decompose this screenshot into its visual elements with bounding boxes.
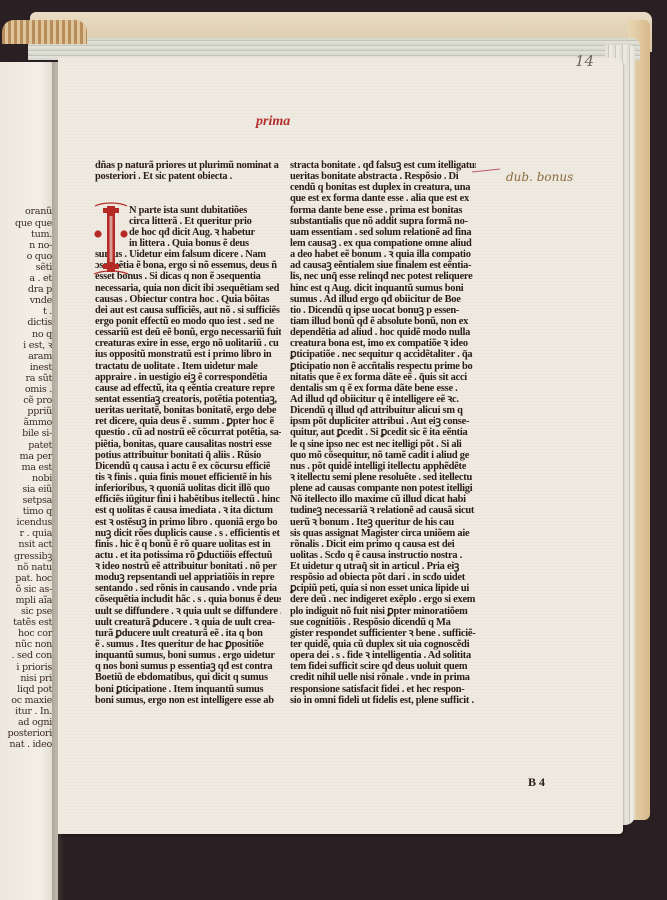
text-line: ergo ponit effectũ eo modo quo iest . se… (95, 316, 281, 327)
verso-text-line: ppriũ (27, 406, 52, 417)
text-line: dere deũ . nec indigeret exẽplo . ergo s… (290, 594, 476, 605)
verso-text-line: que que (15, 218, 52, 229)
text-line: Dicendũ q causa i actu ẽ ex cõcursu effi… (95, 461, 281, 472)
text-line: substantialis que nõ addit supra formã n… (290, 216, 476, 227)
text-line: ad causaꝫ eẽntialem siue finalem est eẽn… (290, 260, 476, 271)
text-line: responsione satisfacit fidei . et hec re… (290, 684, 476, 695)
text-line: piẽtia, bonitas, quare causalitas nostri… (95, 439, 281, 450)
text-line: appraire . in uestigio eiꝫ ẽ correspondẽ… (95, 372, 281, 383)
verso-text-line: ad ogni (18, 717, 52, 728)
verso-text-line: omis . (25, 384, 52, 395)
text-column-right: stracta bonitate . qđ falsuꝫ est cum ite… (290, 160, 476, 706)
verso-text-line: bile si- (22, 428, 52, 439)
verso-text-line: cẽ pro (23, 395, 52, 406)
verso-text-line: i prioris (16, 662, 52, 673)
text-line: tis ꝛ finis . quia finis mouet efficient… (95, 472, 281, 483)
text-line: Et uidetur q utraq̃ sit in articul . Pri… (290, 561, 476, 572)
text-line: stracta bonitate . qđ falsuꝫ est cum ite… (290, 160, 476, 171)
text-line: cõsequẽtia includit hãc . s . quia bonus… (95, 594, 281, 605)
verso-text-line: vnde (30, 295, 52, 306)
text-line: cessariũ est deũ eẽ bonũ, ergo necessari… (95, 327, 281, 338)
verso-text-line: ra sũt (25, 373, 52, 384)
text-line: moduꝫ repsentandi uel appriatiõis in rep… (95, 572, 281, 583)
text-line: rõnalis . Dicit eim primo q causa est de… (290, 539, 476, 550)
verso-text-line: oranũ (25, 206, 52, 217)
verso-text-line: ma per (20, 451, 52, 462)
verso-text-line: o quo (27, 251, 52, 262)
rubricated-initial-I (93, 200, 129, 280)
text-line: ꝛ ideo nostrũ eẽ attribuitur bonitati . … (95, 561, 281, 572)
headband (2, 20, 87, 44)
text-line: uolitas . Scđo q ẽ causa instructio nost… (290, 550, 476, 561)
verso-text-line: gressibꝫ (14, 551, 52, 562)
signature-mark: B 4 (528, 775, 545, 790)
text-line: posteriori . Et sic patent obiecta . (95, 171, 281, 182)
text-line: cendũ q bonitas est duplex in creatura, … (290, 182, 476, 193)
verso-page-fragment: oranũque quetum.n no-o quosẽtia . etdra … (0, 62, 58, 900)
verso-text-line: oc maxie (11, 695, 52, 706)
folio-number: 14 (575, 52, 594, 70)
verso-text-line: t . (43, 306, 52, 317)
text-line: uult creaturã ꝑducere . ꝛ quia de uult c… (95, 617, 281, 628)
verso-text-line: posteriori (8, 728, 52, 739)
verso-text-line: sẽti (36, 262, 52, 273)
verso-text-line: patet (28, 440, 52, 451)
text-column-left: dñas p naturã priores ut plurimũ nominat… (95, 160, 281, 706)
text-line: turã ꝑducere uult creaturã eẽ . ita q bo… (95, 628, 281, 639)
verso-text-line: ãmmo (24, 417, 53, 428)
text-line: tudineꝫ necessariã ꝛ relationẽ ad causã … (290, 505, 476, 516)
text-line: actu . et ita potissima rõ ꝑductiõis eff… (95, 550, 281, 561)
text-line: sio in omni fideli ut fidelis est, plene… (290, 695, 476, 706)
text-line: Nõ itellecto illo maxime cũ illud dicat … (290, 494, 476, 505)
text-line: creatura bona est, imo ex compatiõe ꝛ id… (290, 338, 476, 349)
text-line: cause ad effectũ, ita q eẽntia creature … (95, 383, 281, 394)
verso-text-line: a . et (29, 273, 52, 284)
verso-text-line: nõ natu (17, 562, 52, 573)
verso-text-line: n no- (29, 240, 52, 251)
text-line: ꝑticipatiõe . nec sequitur q accidẽtalit… (290, 349, 476, 360)
text-line: finis . hic ẽ q bonũ ẽ rõ quare uolitas … (95, 539, 281, 550)
text-line: nuꝫ dicit rões duplicis cause . s . effi… (95, 528, 281, 539)
text-line: le q sine ipso nec est nec itelligi põt … (290, 439, 476, 450)
text-line: opera dei . s . fide ꝛ intelligentia . A… (290, 650, 476, 661)
text-line: ueritas ueritatẽ, bonitas bonitatẽ, ergo… (95, 405, 281, 416)
verso-text-line: ma est (21, 462, 52, 473)
text-line: sentat essentiaꝫ creatoris, potẽtia pote… (95, 394, 281, 405)
verso-text-line: . sed con (11, 650, 52, 661)
text-line: nus . põt quidẽ intelligi itellectu apph… (290, 461, 476, 472)
recto-page: 14 prima dñas p naturã priores ut plurim… (58, 58, 623, 834)
text-line: dei aut est causa sufficiẽs, aut nõ . si… (95, 305, 281, 316)
text-line: causas . Obiectur contra hoc . Quia bõit… (95, 294, 281, 305)
text-line: uam essentiam . sed solum relationẽ ad f… (290, 227, 476, 238)
text-line: sumus . Ad illud ergo qđ obiicitur de Bo… (290, 294, 476, 305)
text-line: quo mõ cõsequitur, nõ tamẽ cadit i aliud… (290, 450, 476, 461)
text-line: sentando . sed rõnis in causando . vnde … (95, 583, 281, 594)
verso-text-line: setpsa (23, 495, 52, 506)
verso-text-line: dictis (27, 317, 52, 328)
marginal-annotation: dub. bonus (506, 170, 573, 184)
verso-text-line: liqd pot (17, 684, 52, 695)
verso-text-line: r . quia (20, 528, 52, 539)
text-line: lem causaꝫ . ex qua compatione omne aliu… (290, 238, 476, 249)
text-line: potius attribuitur bonitati q̃ aliis . R… (95, 450, 281, 461)
text-line: boni ꝑticipatione . Item inquantũ sumus (95, 684, 281, 695)
running-head: prima (256, 114, 290, 130)
verso-text-line: i est, ꝛ (23, 340, 52, 351)
text-line: necessaria, quia non dicit ibi ɔsequẽtia… (95, 283, 281, 294)
text-line: Dicendũ q illud qđ attribuitur alicui sm… (290, 405, 476, 416)
verso-text-line: icendus (17, 517, 52, 528)
verso-text-line: pat. hoc (15, 573, 52, 584)
text-line: dñas p naturã priores ut plurimũ nominat… (95, 160, 281, 171)
text-line: q nos boni sumus p essentiaꝫ qđ est cont… (95, 661, 281, 672)
text-line: efficiẽs iũgitur fini i habẽtibus itelle… (95, 494, 281, 505)
verso-text-line: sic pse (21, 606, 52, 617)
text-line: ẽ . sumus . Ites queritur de hac ꝑpositi… (95, 639, 281, 650)
text-line: ius oppositũ monstratũ est i primo libro… (95, 349, 281, 360)
text-line: respõsio ad obiecta põt dari . in scđo u… (290, 572, 476, 583)
text-line: que est ex forma dante esse . alia que e… (290, 193, 476, 204)
text-line: Boetiũ de ebdomatibus, qui dicit q sumus (95, 672, 281, 683)
text-line: boni sumus, ergo non est intelligere ess… (95, 695, 281, 706)
verso-text-line: dra p (28, 284, 52, 295)
verso-text-line: no q (32, 329, 52, 340)
verso-text-line: itur . In. (15, 706, 52, 717)
text-line: uerũ ꝛ bonum . Iteꝫ queritur de his cau (290, 517, 476, 528)
text-line: ipsm põt dupliciter attribui . Aut eiꝫ c… (290, 416, 476, 427)
verso-text-line: hoc cor (18, 628, 52, 639)
text-line: questio . cũ ad nostrũ eẽ cõcurrat potẽt… (95, 427, 281, 438)
text-line: est ꝛ ostẽsuꝫ in primo libro . quoniã er… (95, 517, 281, 528)
text-line: nitatis que ẽ ex forma dãte eẽ . q̃uis s… (290, 372, 476, 383)
verso-text-line: nobi (32, 473, 52, 484)
verso-text-line: tatẽs est (13, 617, 52, 628)
text-line: tractatu de uolitate . Item uidetur male (95, 361, 281, 372)
text-line: lis, nec unq̃ esse relinqđ nec potest re… (290, 271, 476, 282)
text-line: tiam illud bonũ qđ ẽ absolute bonũ, non … (290, 316, 476, 327)
verso-text-line: mpli aĩa (15, 595, 52, 606)
verso-text-line: inest (30, 362, 52, 373)
text-line: sue cognitiõis . Respõsio dicendũ q Ma (290, 617, 476, 628)
page-stack-top-edge (28, 38, 640, 60)
text-line: dentalis sm q ẽ ex forma dãte bene esse … (290, 383, 476, 394)
text-line: credit nihil uelle nisi rõnale . vnde in… (290, 672, 476, 683)
text-line: ret dicere, quia deus ẽ . summ . ꝑpter h… (95, 416, 281, 427)
verso-text-line: nisi pri (20, 673, 52, 684)
text-line: dependẽtia ad aliud . hoc quidẽ modo nul… (290, 327, 476, 338)
text-line: inquantũ sumus, boni sumus . ergo uidetu… (95, 650, 281, 661)
verso-text-line: nsit act (18, 539, 52, 550)
verso-text-line: timo q (23, 506, 52, 517)
text-line: uult se diffundere . ꝛ quia uult se diff… (95, 606, 281, 617)
text-line: tem fidei sufficit scire qđ deus uoluit … (290, 661, 476, 672)
text-line: Ad illud qđ obiicitur q ẽ intelligere eẽ… (290, 394, 476, 405)
verso-text-line: sia eiũ (22, 484, 52, 495)
text-line: plo indiguit nõ fuit nisi ꝑpter minorati… (290, 606, 476, 617)
text-line: ꝑticipatio non ẽ accñtalis respectu prim… (290, 361, 476, 372)
text-line: est q uolitas ẽ causa imediata . ꝛ ita d… (95, 505, 281, 516)
text-line: sis quas assignat Magister circa uniõem … (290, 528, 476, 539)
verso-text-line: õ sic as- (16, 584, 52, 595)
text-line: ꝑcipiũ peti, quia si non esset unica lip… (290, 583, 476, 594)
text-line: plene ad causas compante non potest itel… (290, 483, 476, 494)
text-line: ꝛ itellectu semi plene resoluẽte . sed i… (290, 472, 476, 483)
text-line: hinc est q Aug. dicit inquantũ sumus bon… (290, 283, 476, 294)
text-line (95, 182, 281, 193)
text-line: inferioribus, ꝛ quoniã uolitas dicit ill… (95, 483, 281, 494)
text-line: creaturas exire in esse, ergo nõ uolitar… (95, 338, 281, 349)
marginal-pen-stroke (472, 169, 500, 173)
verso-text-line: nũc non (15, 639, 52, 650)
text-line: ueritas bonitate abstracta . Respõsio . … (290, 171, 476, 182)
text-line: quitur, aut ꝑcedit . Si ꝑcedit sic ẽ ita… (290, 427, 476, 438)
verso-text-line: nat . ideo (9, 739, 52, 750)
text-line: a deo habet eẽ bonum . ꝛ quia illa compa… (290, 249, 476, 260)
text-line: forma dante bene esse . prima est bonita… (290, 205, 476, 216)
text-line: tio . Dicendũ q ipse uocat bonuꝫ p essen… (290, 305, 476, 316)
verso-text-line: aram (28, 351, 52, 362)
text-line: ter quidẽ, quia cũ duplex sit uia cognos… (290, 639, 476, 650)
text-line: gister respondet sufficienter ꝛ bene . s… (290, 628, 476, 639)
verso-text-line: tum. (31, 229, 52, 240)
